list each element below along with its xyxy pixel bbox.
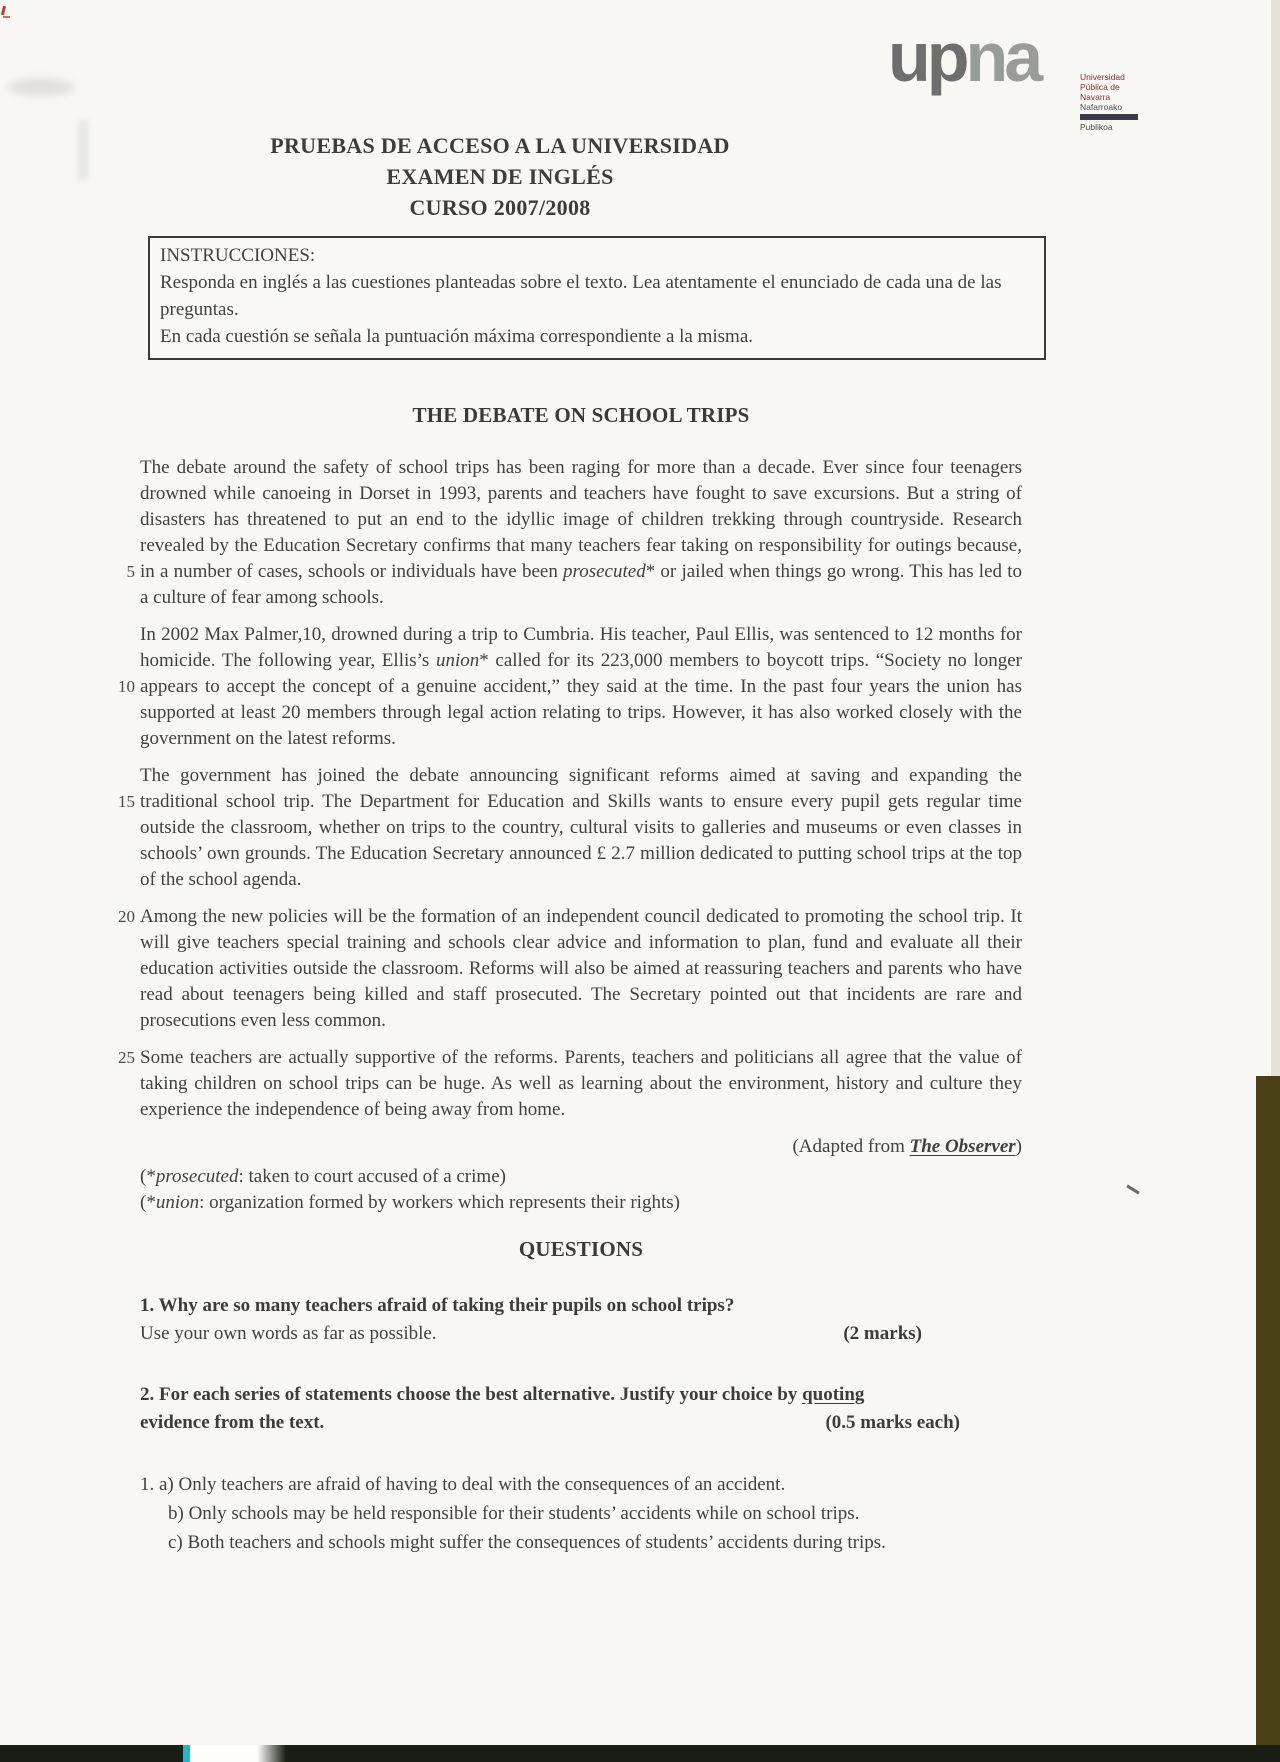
question-2-marks: (0.5 marks each) — [825, 1409, 960, 1437]
logo-subline: Nafarroako — [1080, 102, 1150, 112]
margin-line-number: 25 — [103, 1045, 135, 1071]
exam-header: PRUEBAS DE ACCESO A LA UNIVERSIDAD EXAME… — [0, 130, 1000, 223]
upna-logo-wordmark: upna — [888, 22, 1039, 92]
footnote: (*union: organization formed by workers … — [140, 1190, 1022, 1216]
logo-na-text: na — [966, 18, 1040, 96]
statement-option: b) Only schools may be held responsible … — [140, 1499, 1022, 1528]
article-paragraph: 10In 2002 Max Palmer,10, drowned during … — [140, 622, 1022, 752]
instructions-paragraph: En cada cuestión se señala la puntuación… — [160, 323, 1034, 350]
paragraph-text: Some teachers are actually supportive of… — [140, 1047, 1022, 1120]
paragraph-text: In 2002 Max Palmer,10, drowned during a … — [140, 624, 1022, 749]
upna-logo: upna Universidad Pública de Navarra Nafa… — [888, 22, 1148, 122]
footnote: (*prosecuted: taken to court accused of … — [140, 1164, 1022, 1190]
article-paragraph: 15The government has joined the debate a… — [140, 763, 1022, 893]
logo-dark-bar — [1080, 114, 1138, 120]
question-1-marks: (2 marks) — [843, 1320, 922, 1348]
question-1: 1. Why are so many teachers afraid of ta… — [140, 1292, 1022, 1348]
upna-logo-subtext: Universidad Pública de Navarra Nafarroak… — [1080, 72, 1150, 132]
statement-options: 1. a) Only teachers are afraid of having… — [140, 1470, 1022, 1557]
instructions-box: INSTRUCCIONES: Responda en inglés a las … — [148, 236, 1046, 360]
exam-title-line: PRUEBAS DE ACCESO A LA UNIVERSIDAD — [0, 130, 1000, 161]
scanned-exam-page: upna Universidad Pública de Navarra Nafa… — [0, 0, 1280, 1762]
instructions-paragraph: Responda en inglés a las cuestiones plan… — [160, 269, 1034, 323]
article-paragraph: 5The debate around the safety of school … — [140, 455, 1022, 611]
questions-heading: QUESTIONS — [140, 1236, 1022, 1262]
paragraph-text: The government has joined the debate ann… — [140, 765, 1022, 890]
logo-up-text: up — [888, 18, 966, 96]
scan-teal-sliver — [183, 1745, 190, 1762]
logo-subline: Universidad — [1080, 72, 1150, 82]
scan-corner-mark — [2, 6, 14, 20]
question-2: 2. For each series of statements choose … — [140, 1381, 1022, 1437]
question-2-text: 2. For each series of statements choose … — [140, 1381, 1022, 1409]
logo-subline: Pública de Navarra — [1080, 82, 1150, 102]
exam-subject-line: EXAMEN DE INGLÉS — [0, 161, 1000, 192]
paragraph-text: The debate around the safety of school t… — [140, 457, 1022, 608]
source-attribution: (Adapted from The Observer) — [140, 1134, 1022, 1160]
paragraph-text: Among the new policies will be the forma… — [140, 906, 1022, 1031]
exam-year-line: CURSO 2007/2008 — [0, 192, 1000, 223]
article-paragraph: 20Among the new policies will be the for… — [140, 904, 1022, 1034]
reading-text: THE DEBATE ON SCHOOL TRIPS 5The debate a… — [140, 402, 1022, 1557]
scan-smudge — [8, 78, 74, 96]
margin-line-number: 20 — [103, 904, 135, 930]
statement-option: 1. a) Only teachers are afraid of having… — [140, 1470, 1022, 1499]
instructions-title: INSTRUCCIONES: — [160, 242, 1034, 269]
margin-line-number: 10 — [103, 674, 135, 700]
scan-bottom-gap — [190, 1745, 286, 1762]
article-paragraph: 25Some teachers are actually supportive … — [140, 1045, 1022, 1123]
question-1-text: 1. Why are so many teachers afraid of ta… — [140, 1292, 1022, 1320]
article-paragraphs: 5The debate around the safety of school … — [140, 455, 1022, 1123]
scan-edge-strip — [1256, 1076, 1280, 1762]
statement-option: c) Both teachers and schools might suffe… — [140, 1528, 1022, 1557]
reading-title: THE DEBATE ON SCHOOL TRIPS — [140, 402, 1022, 428]
scan-mark — [1126, 1185, 1139, 1195]
margin-line-number: 5 — [103, 559, 135, 585]
margin-line-number: 15 — [103, 789, 135, 815]
